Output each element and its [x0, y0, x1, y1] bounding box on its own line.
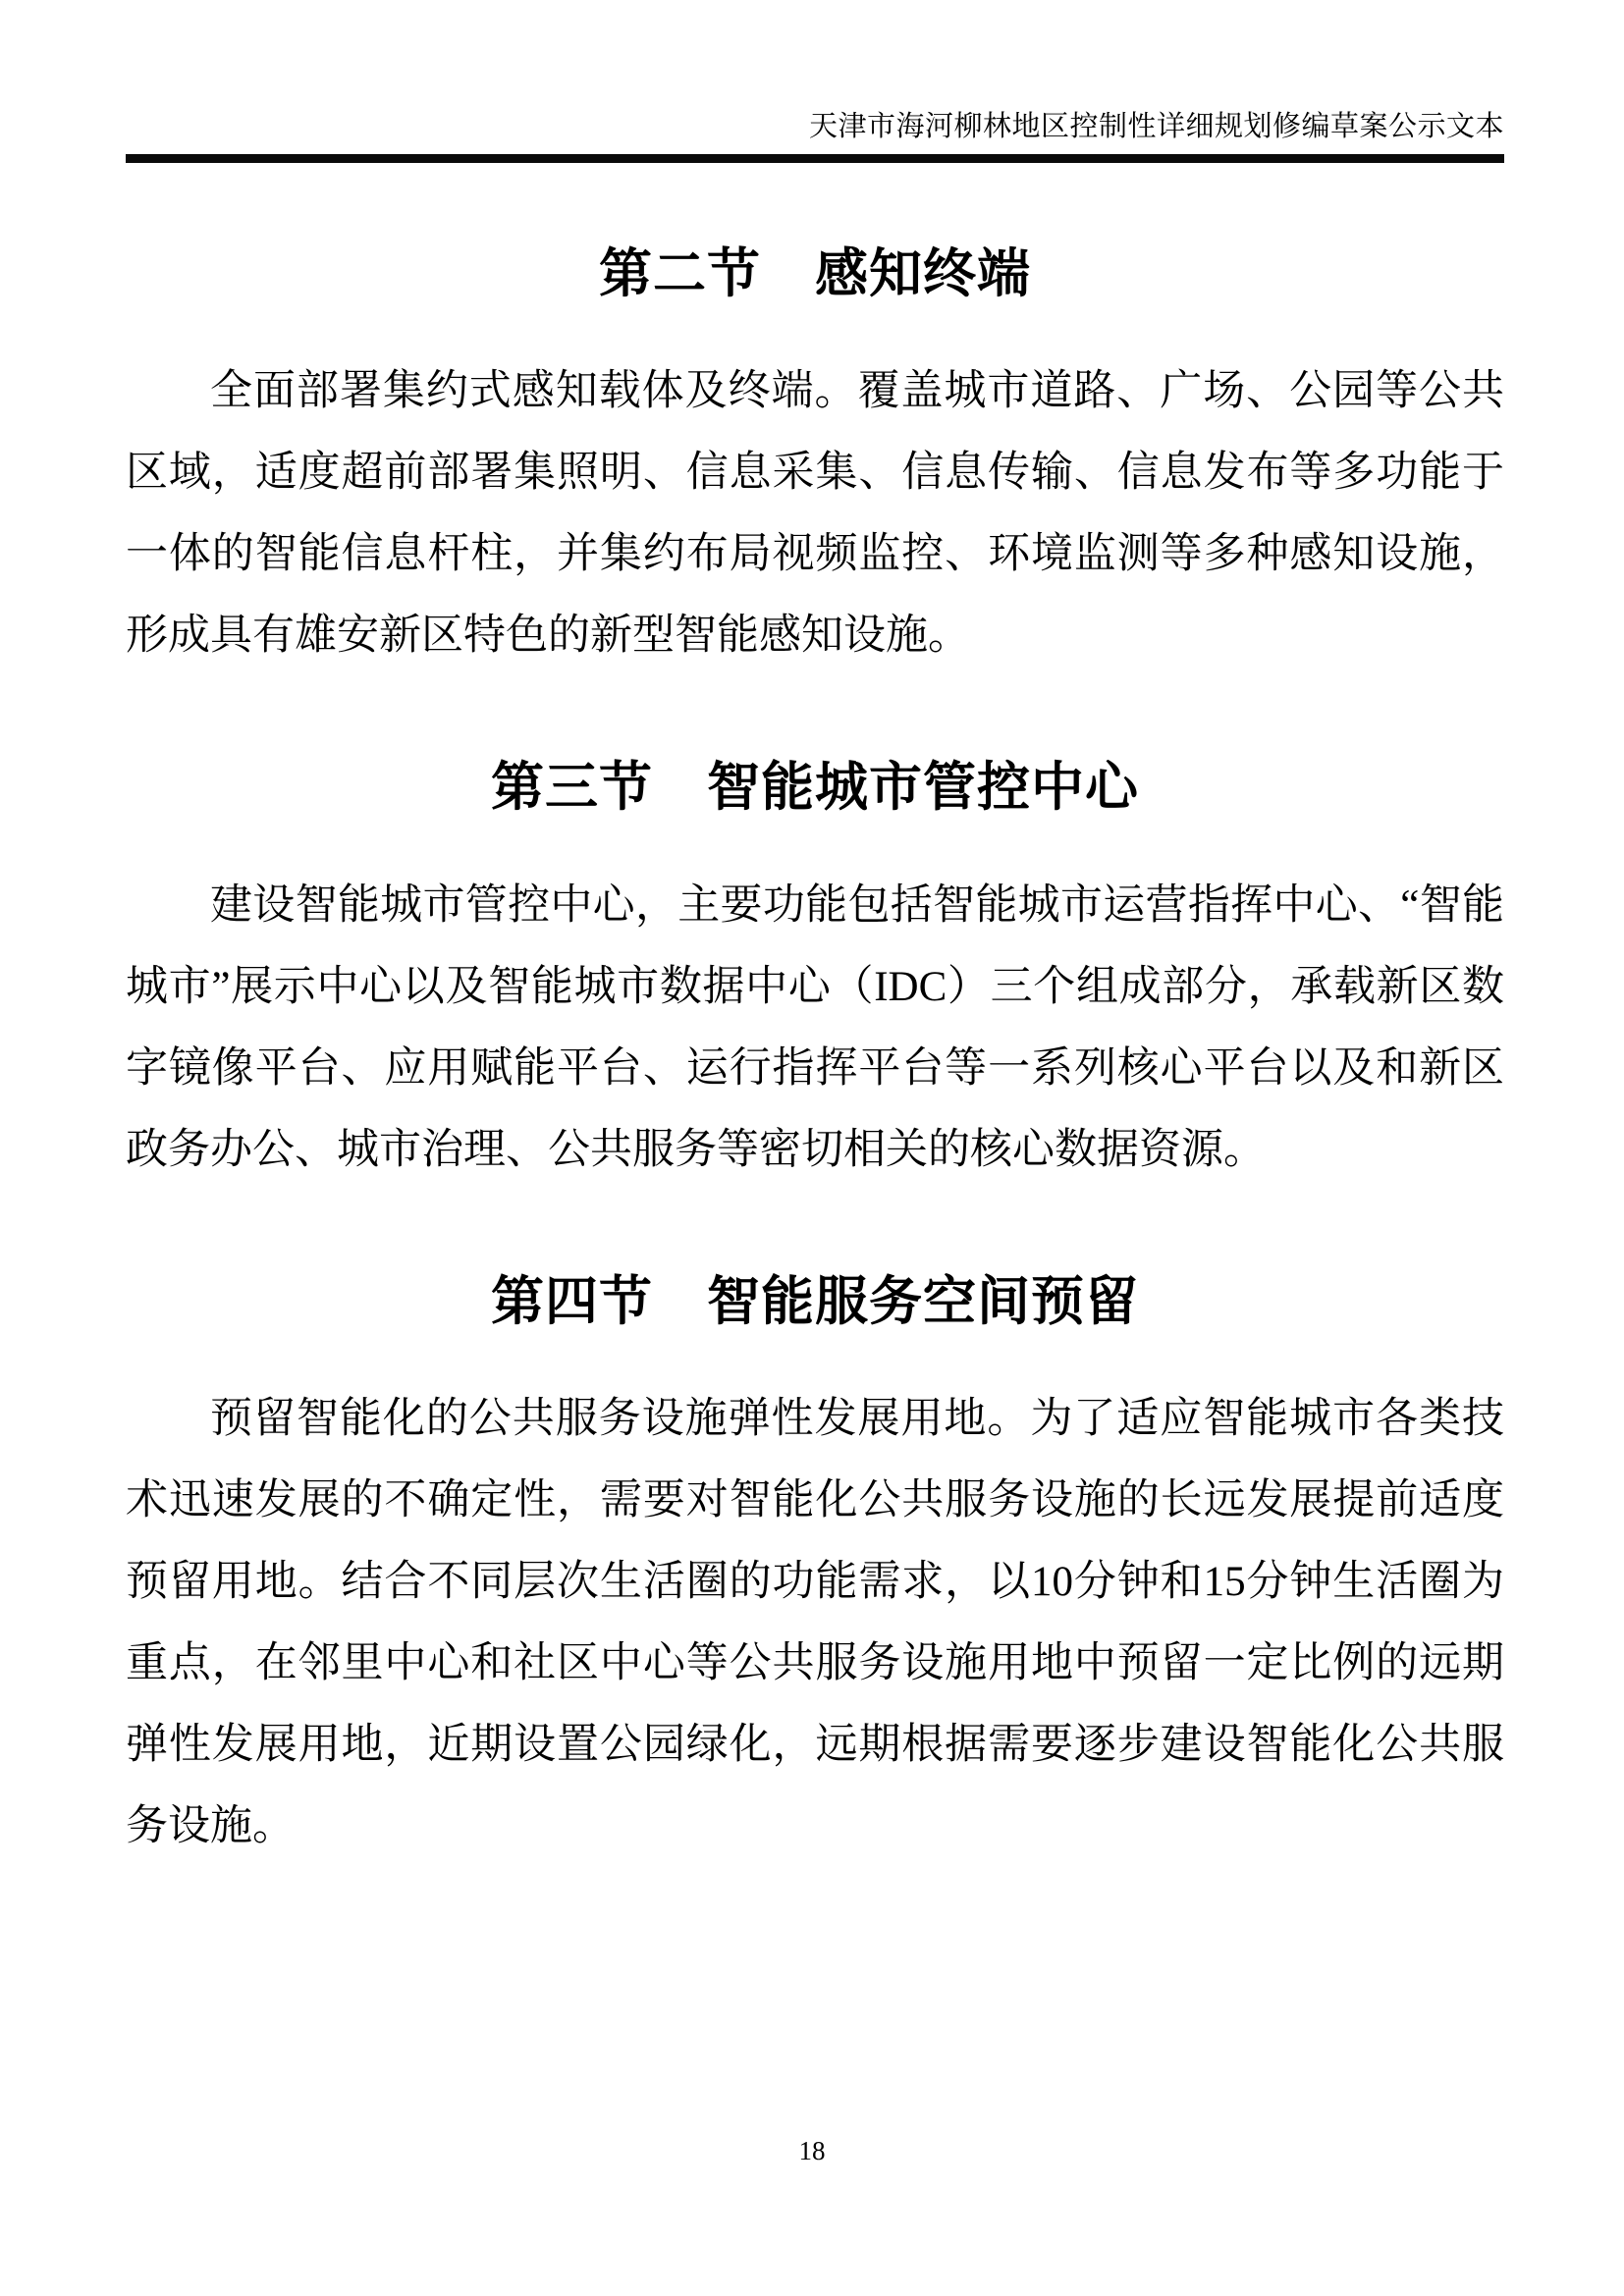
page-header-text: 天津市海河柳林地区控制性详细规划修编草案公示文本: [126, 0, 1504, 144]
header-rule: [126, 154, 1504, 163]
section-title-2: 第二节 感知终端: [126, 245, 1504, 303]
page-number: 18: [0, 2136, 1624, 2166]
section-body-2: 全面部署集约式感知载体及终端。覆盖城市道路、广场、公园等公共区域，适度超前部署集…: [126, 350, 1504, 676]
document-page: 天津市海河柳林地区控制性详细规划修编草案公示文本 第二节 感知终端 全面部署集约…: [0, 0, 1624, 2296]
section-title-4: 第四节 智能服务空间预留: [126, 1273, 1504, 1331]
section-body-3: 建设智能城市管控中心，主要功能包括智能城市运营指挥中心、“智能城市”展示中心以及…: [126, 865, 1504, 1191]
section-body-4: 预留智能化的公共服务设施弹性发展用地。为了适应智能城市各类技术迅速发展的不确定性…: [126, 1378, 1504, 1867]
section-title-3: 第三节 智能城市管控中心: [126, 759, 1504, 817]
page-content: 天津市海河柳林地区控制性详细规划修编草案公示文本 第二节 感知终端 全面部署集约…: [126, 0, 1504, 1867]
